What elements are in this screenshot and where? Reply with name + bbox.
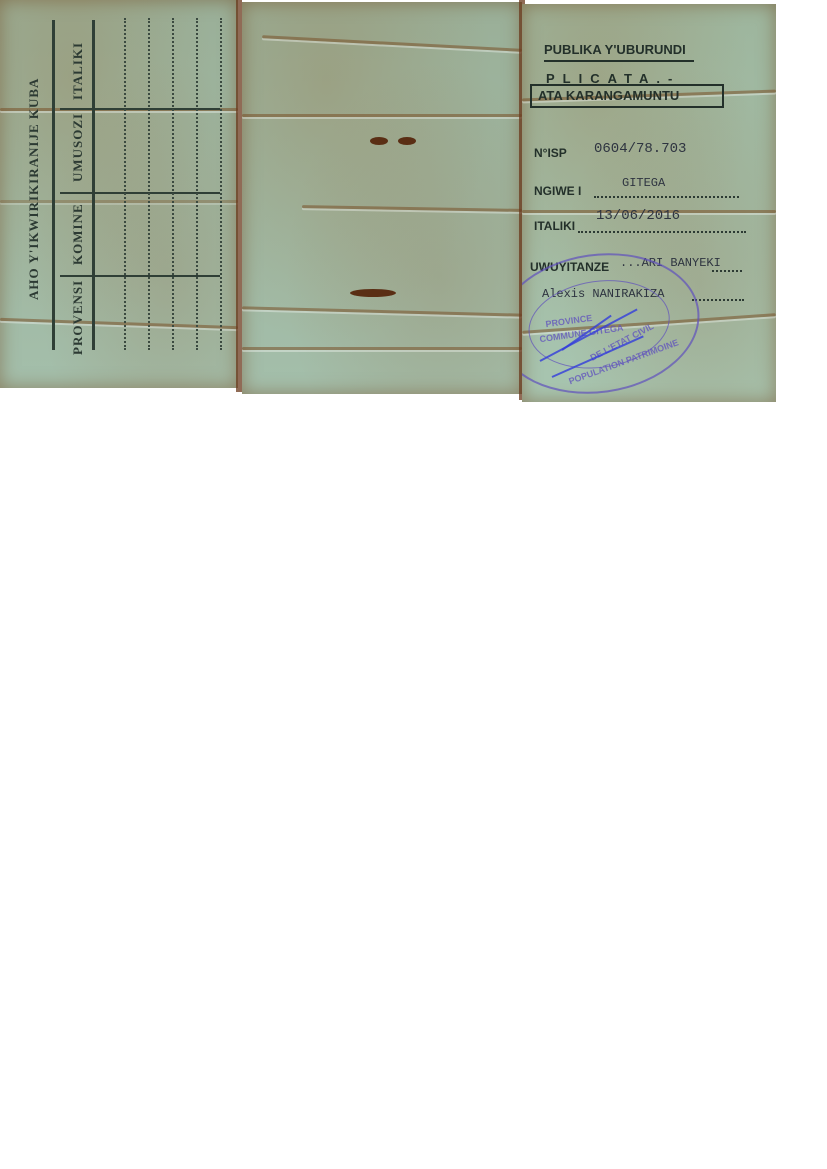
residence-heading: AHO Y'IKWIRIKIRANIJE KUBA (26, 78, 42, 300)
blank-middle-panel (242, 2, 522, 394)
id-card-scan: AHO Y'IKWIRIKIRANIJE KUBA PROVENSI KOMIN… (0, 0, 785, 400)
field-value-isp: 0604/78.703 (594, 141, 686, 157)
column-komine: KOMINE (70, 203, 86, 265)
table-border (92, 20, 95, 350)
residence-history-panel: AHO Y'IKWIRIKIRANIJE KUBA PROVENSI KOMIN… (0, 0, 238, 388)
staple-hole (398, 137, 416, 145)
table-border (52, 20, 55, 350)
field-label-issued-at: NGIWE I (534, 184, 581, 198)
column-italiki: ITALIKI (70, 42, 86, 100)
card-title: ATA KARANGAMUNTU (538, 88, 679, 103)
column-umusozi: UMUSOZI (70, 113, 86, 182)
field-label-isp: N°ISP (534, 146, 567, 160)
staple-hole (350, 289, 396, 297)
field-label-date: ITALIKI (534, 219, 575, 233)
staple-hole (370, 137, 388, 145)
title-box: ATA KARANGAMUNTU (530, 84, 724, 108)
column-provensi: PROVENSI (70, 280, 86, 355)
field-value-issued-at: GITEGA (622, 176, 665, 190)
country-header: PUBLIKA Y'UBURUNDI (544, 42, 686, 57)
field-value-date: 13/06/2016 (596, 208, 680, 224)
identity-details-panel: PUBLIKA Y'UBURUNDI PLICATA.- ATA KARANGA… (522, 4, 776, 402)
